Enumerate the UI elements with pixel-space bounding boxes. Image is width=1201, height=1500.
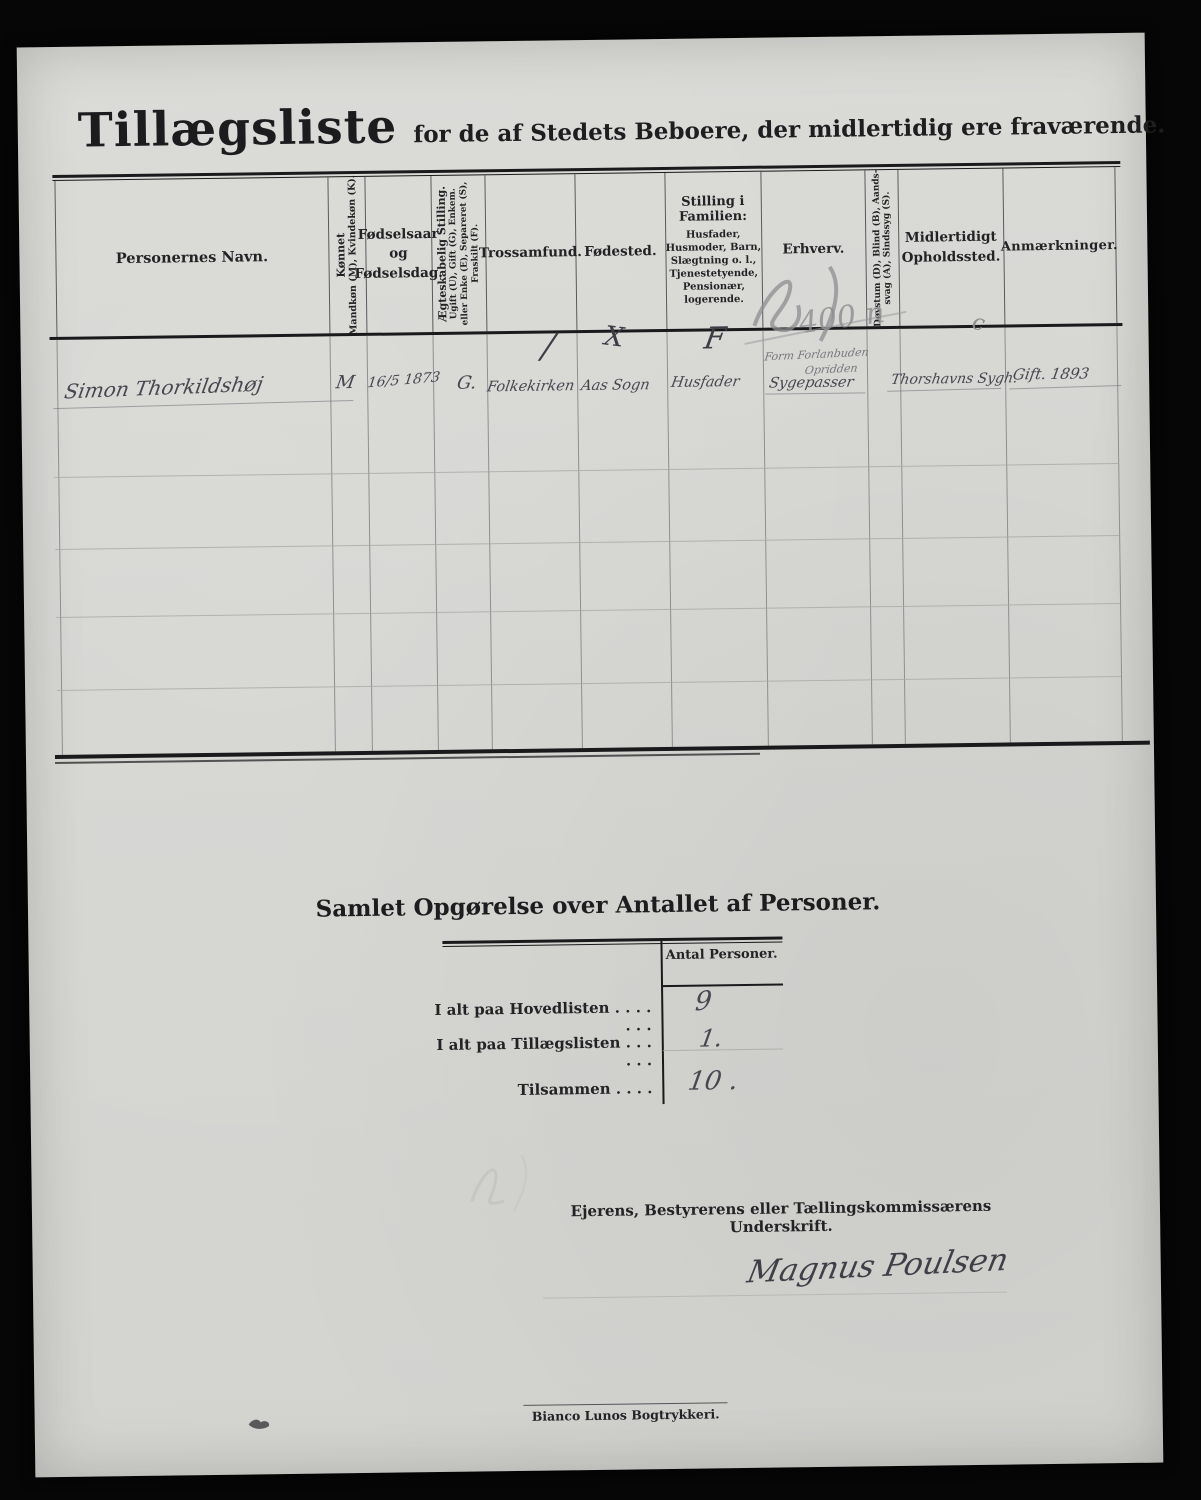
- summary-col-header: Antal Personer.: [663, 946, 781, 965]
- ink-smudge: [245, 1414, 275, 1432]
- signature-name: Magnus Poulsen: [744, 1242, 1011, 1290]
- paper-sheet: Tillægslistefor de af Stedets Beboere, d…: [17, 33, 1164, 1478]
- signature-label: Ejerens, Bestyrerens eller Tællingskommi…: [564, 1197, 998, 1239]
- grid-vline: [1116, 326, 1122, 741]
- entry-marital: G.: [455, 372, 478, 393]
- entry-residence-underline: [887, 388, 1001, 392]
- grid-vline: [366, 336, 372, 751]
- grid-vline: [576, 333, 582, 748]
- summary-row3-value: 10 .: [686, 1066, 741, 1097]
- family-check-mark: F: [702, 321, 729, 356]
- printer-credit: Bianco Lunos Bogtrykkeri.: [524, 1406, 728, 1424]
- page-title-subtitle: for de af Stedets Beboere, der midlertid…: [413, 111, 1165, 148]
- pencil-scribble-text: 400 n: [796, 295, 887, 341]
- page-title-main: Tillægsliste: [77, 99, 397, 158]
- col-header-sex-main: Kønnet: [334, 232, 348, 277]
- grid-rowline: [55, 535, 1119, 550]
- printer-rule: [524, 1402, 728, 1406]
- grid-rowline: [57, 676, 1121, 691]
- col-header-remarks: Anmærkninger.: [1002, 169, 1116, 322]
- entry-occupation-underline: [765, 392, 865, 394]
- col-header-marital-sub: Ugift (U), Gift (G), Enkem. eller Enke (…: [447, 178, 482, 328]
- grid-vline: [329, 336, 335, 751]
- entry-family: Husfader: [670, 374, 741, 391]
- signature-baseline: [543, 1292, 1007, 1299]
- summary-row1-label: I alt paa Hovedlisten . . . . . . .: [433, 998, 651, 1037]
- summary-row1-value: 9: [694, 985, 713, 1017]
- col-header-family-main: Stilling i Familien:: [665, 194, 761, 225]
- summary-heading: Samlet Opgørelse over Antallet af Person…: [308, 888, 888, 923]
- grid-rowline: [56, 603, 1120, 618]
- summary-row2-label: I alt paa Tillægslisten . . . . . .: [434, 1033, 652, 1072]
- pencil-note-2: Opridden: [804, 362, 858, 378]
- entry-remarks-underline: [1009, 385, 1121, 389]
- entry-religion: Folkekirken: [486, 378, 576, 395]
- summary-mid-rule: [663, 1049, 783, 1052]
- col-header-birthplace: Fødested.: [574, 175, 666, 328]
- summary-col-header-rule: [662, 983, 783, 987]
- entry-residence: Thorshavns Sygh.: [890, 370, 1019, 388]
- birthplace-check-mark: X: [603, 321, 626, 354]
- entry-sex: M: [334, 372, 356, 393]
- grid-vline: [486, 334, 492, 749]
- grid-vline: [1004, 328, 1010, 743]
- scanned-census-page: Tillægslistefor de af Stedets Beboere, d…: [0, 0, 1201, 1500]
- summary-row3-label: Tilsammen . . . .: [434, 1079, 652, 1100]
- grid-vline: [432, 335, 438, 750]
- entry-birthplace: Aas Sogn: [580, 377, 651, 394]
- grid-vline: [866, 329, 872, 744]
- entry-name: Simon Thorkildshøj: [63, 372, 265, 404]
- page-title: Tillægslistefor de af Stedets Beboere, d…: [77, 90, 1128, 159]
- entry-occupation: Sygepasser: [768, 375, 855, 392]
- col-header-religion: Trossamfund.: [484, 176, 576, 329]
- pencil-smudge: [451, 1140, 562, 1221]
- grid-vline: [666, 332, 672, 747]
- grid-rowline: [54, 463, 1118, 478]
- entry-birth: 16/5 1873: [367, 369, 441, 391]
- entry-remarks: Gift. 1893: [1012, 364, 1091, 383]
